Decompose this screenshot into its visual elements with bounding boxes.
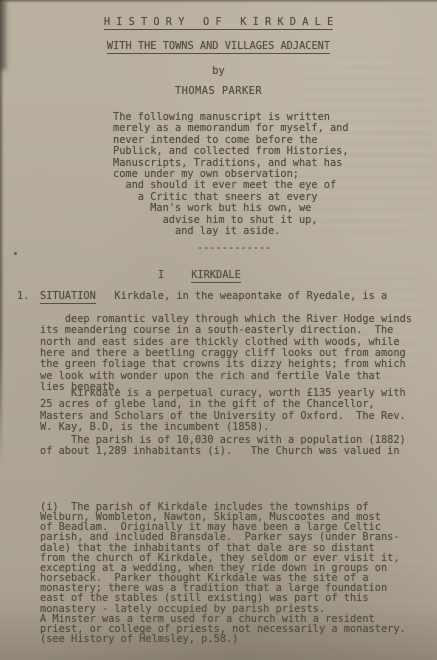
situation-label: SITUATION	[40, 290, 96, 304]
page-title: H I S T O R Y O F K I R K D A L E	[104, 16, 333, 30]
section-title: KIRKDALE	[191, 269, 241, 283]
paragraph-curacy: Kirkdale is a perpetual curacy, worth £1…	[40, 388, 406, 434]
situation-lines: deep romantic valley through which the R…	[40, 313, 412, 393]
paragraph-number: 1.	[17, 291, 29, 302]
situation-first-line: Kirkdale, in the weapontake of Ryedale, …	[96, 290, 387, 302]
paragraph-parish: The parish is of 10,030 acres with a pop…	[40, 435, 406, 458]
scan-edge-top	[0, 0, 437, 3]
separator-dashes: ------------	[197, 243, 271, 254]
paragraph-situation: SITUATION Kirkdale, in the weapontake of…	[40, 291, 412, 394]
subtitle-row: WITH THE TOWNS AND VILLAGES ADJACENT	[0, 41, 437, 52]
author-name: THOMAS PARKER	[0, 86, 437, 97]
title-row: H I S T O R Y O F K I R K D A L E	[0, 17, 437, 28]
preface-quotation: The following manuscript is written mere…	[113, 112, 349, 237]
section-heading: IKIRKDALE	[158, 270, 241, 281]
scanned-document-page: H I S T O R Y O F K I R K D A L E WITH T…	[0, 0, 437, 660]
scan-corner-shadow	[0, 0, 6, 70]
footnote: (i) The parish of Kirkdale includes the …	[40, 502, 406, 644]
section-numeral: I	[158, 269, 164, 281]
page-subtitle: WITH THE TOWNS AND VILLAGES ADJACENT	[107, 40, 330, 54]
scan-speck	[14, 252, 17, 255]
byline: by	[0, 66, 437, 77]
